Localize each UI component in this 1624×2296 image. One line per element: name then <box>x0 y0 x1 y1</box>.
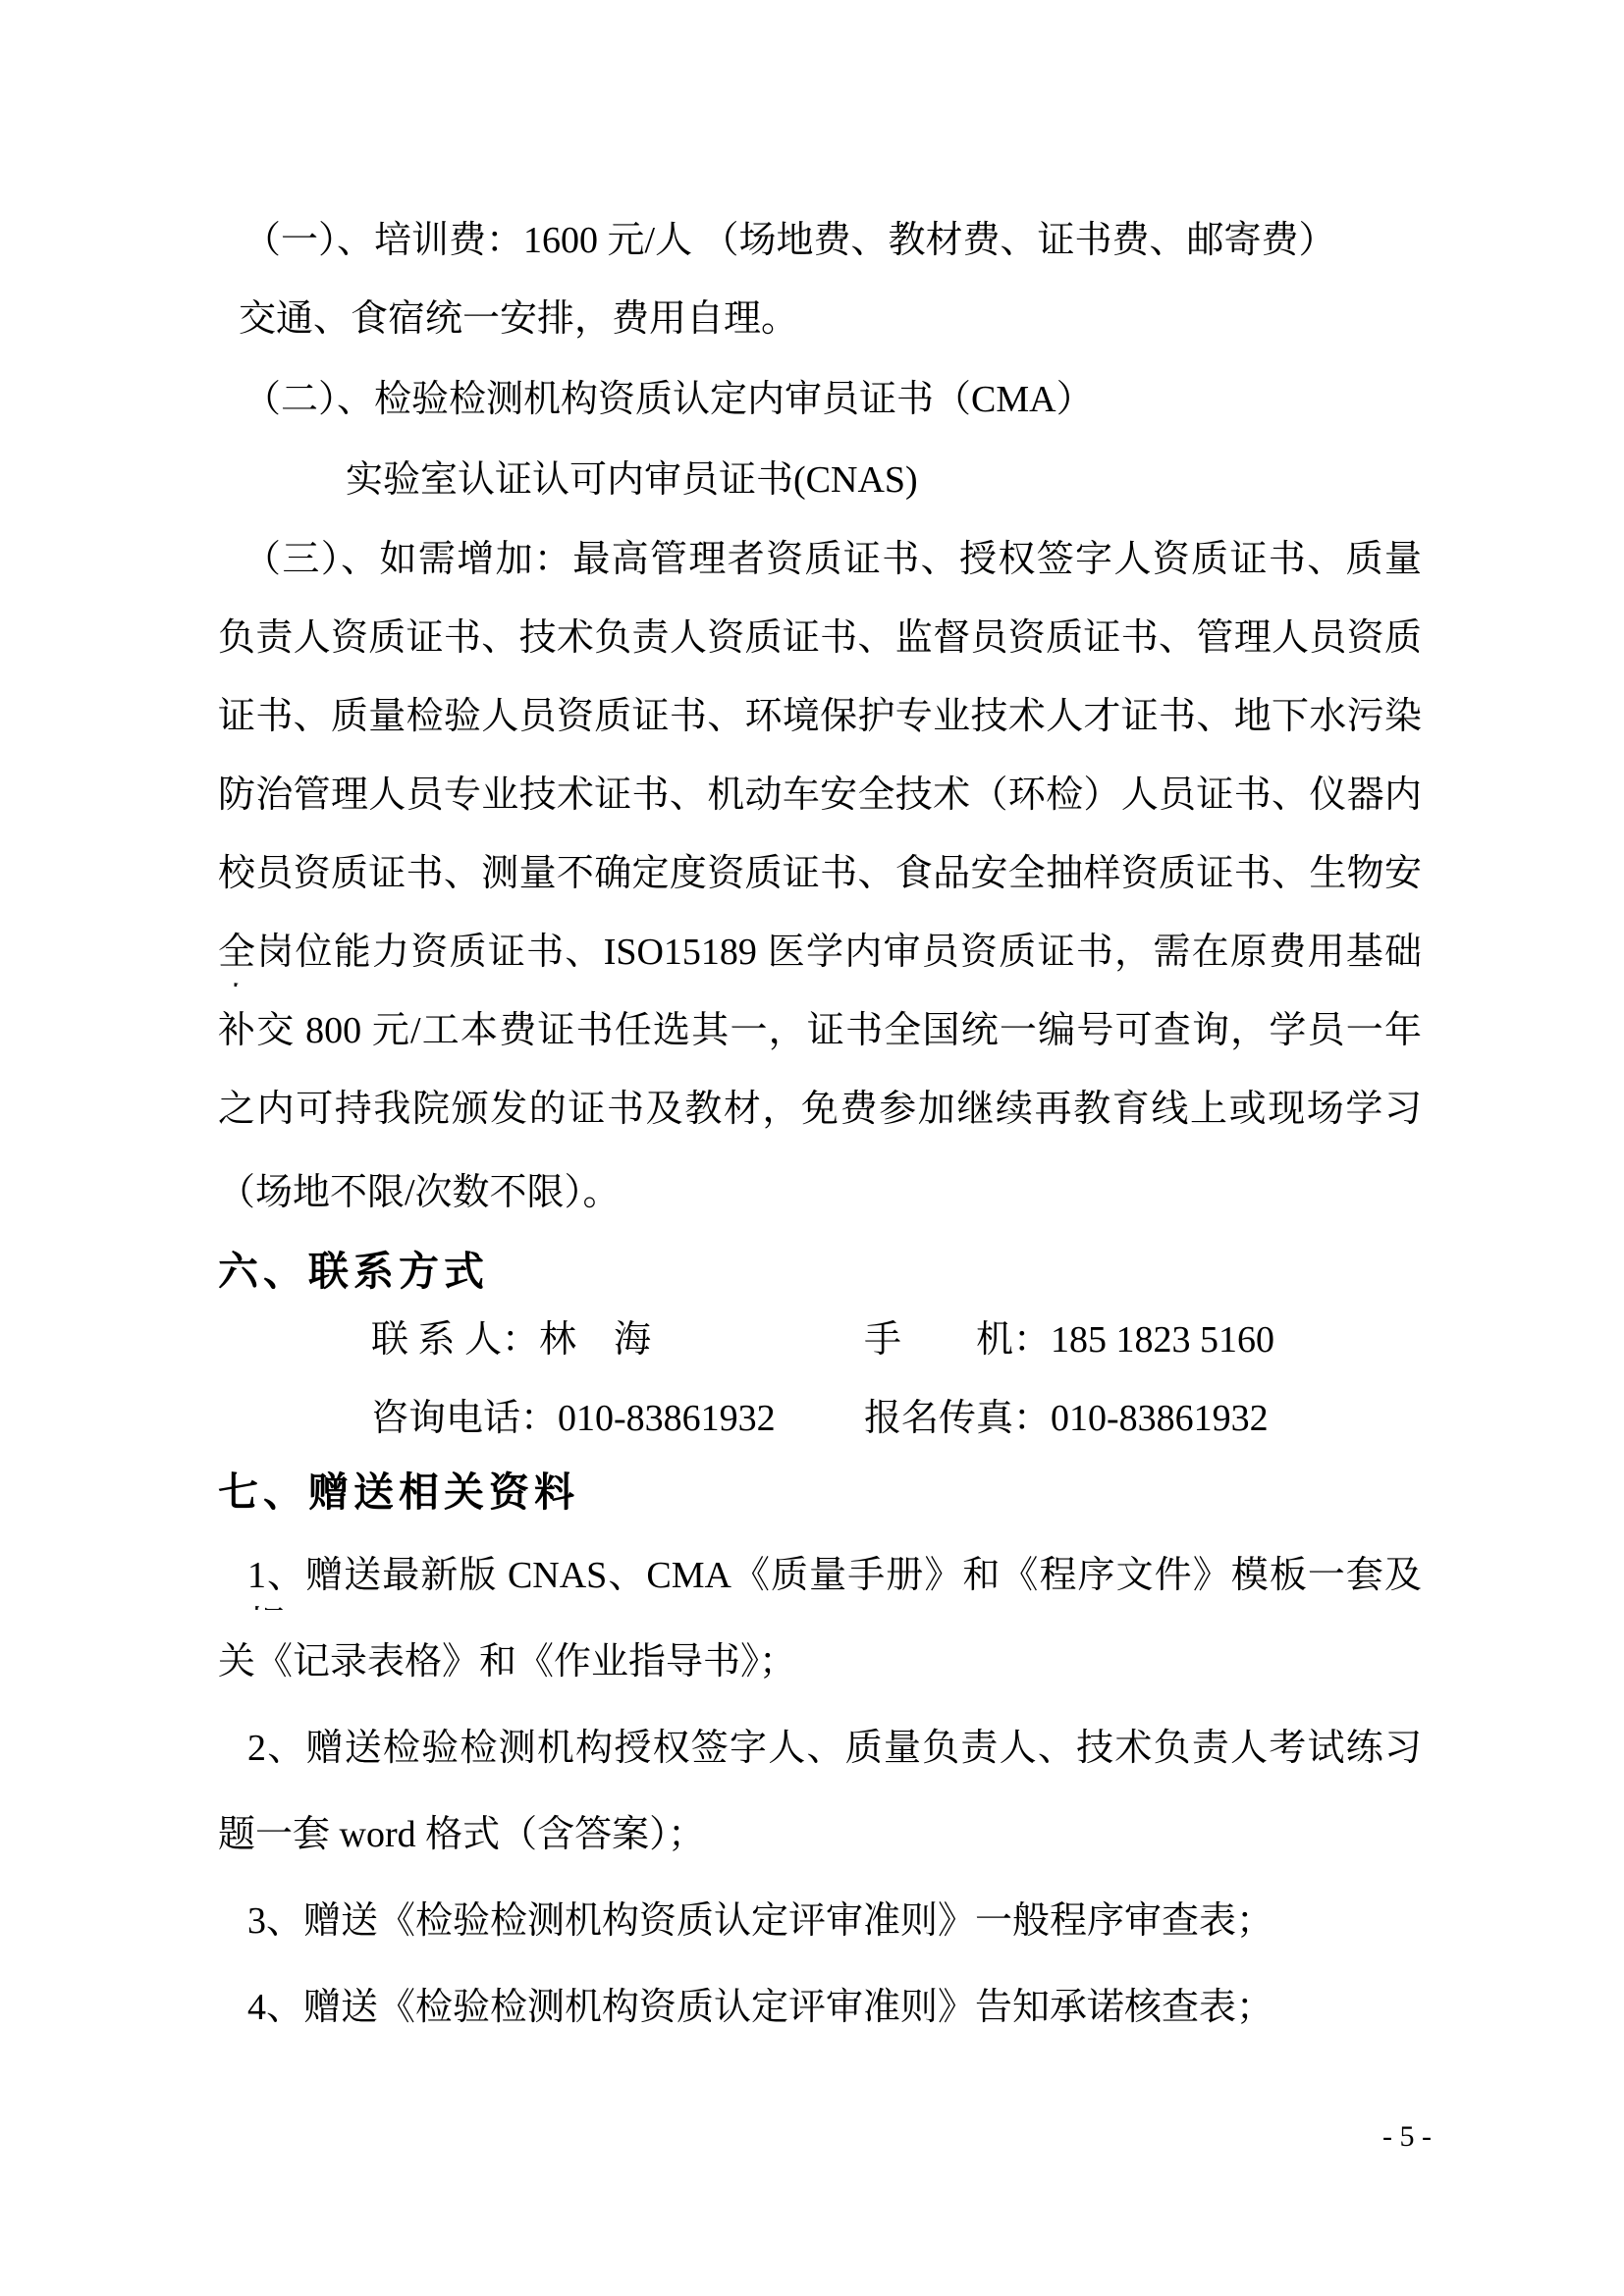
gift-line-1: 1、赠送最新版 CNAS、CMA《质量手册》和《程序文件》模板一套及相 <box>247 1551 1422 1610</box>
fee-line-7: 证书、质量检验人员资质证书、环境保护专业技术人才证书、地下水污染 <box>218 692 1422 742</box>
fee-line-2: 交通、食宿统一安排，费用自理。 <box>239 294 798 345</box>
gift-line-3: 2、赠送检验检测机构授权签字人、质量负责人、技术负责人考试练习 <box>247 1724 1422 1774</box>
fee-line-9: 校员资质证书、测量不确定度资质证书、食品安全抽样资质证书、生物安 <box>218 849 1422 899</box>
document-page: （一）、培训费：1600 元/人 （场地费、教材费、证书费、邮寄费） 交通、食宿… <box>0 0 1624 2296</box>
gift-line-5: 3、赠送《检验检测机构资质认定评审准则》一般程序审查表； <box>247 1896 1273 1947</box>
contact-section-heading: 六、联系方式 <box>218 1245 489 1299</box>
gift-line-4: 题一套 word 格式（含答案）； <box>218 1810 705 1860</box>
fee-line-1: （一）、培训费：1600 元/人 （场地费、教材费、证书费、邮寄费） <box>244 216 1336 266</box>
gifts-section-heading: 七、赠送相关资料 <box>218 1466 579 1520</box>
gift-line-6: 4、赠送《检验检测机构资质认定评审准则》告知承诺核查表； <box>247 1983 1273 2033</box>
fee-line-10: 全岗位能力资质证书、ISO15189 医学内审员资质证书，需在原费用基础上 <box>218 928 1422 987</box>
fee-line-12: 之内可持我院颁发的证书及教材，免费参加继续再教育线上或现场学习 <box>218 1085 1422 1135</box>
fee-line-3: （二）、检验检测机构资质认定内审员证书（CMA） <box>244 375 1094 425</box>
fee-line-6: 负责人资质证书、技术负责人资质证书、监督员资质证书、管理人员资质 <box>218 614 1422 664</box>
fee-line-8: 防治管理人员专业技术证书、机动车安全技术（环检）人员证书、仪器内 <box>218 771 1422 821</box>
fee-line-4: 实验室认证认可内审员证书(CNAS) <box>346 455 918 506</box>
gift-line-2: 关《记录表格》和《作业指导书》； <box>218 1637 796 1687</box>
contact-phone: 咨询电话：010-83861932 <box>371 1394 776 1444</box>
page-number: - 5 - <box>1382 2120 1432 2154</box>
fee-line-11: 补交 800 元/工本费证书任选其一，证书全国统一编号可查询，学员一年 <box>218 1006 1422 1056</box>
contact-person: 联 系 人：林 海 <box>371 1315 651 1365</box>
contact-mobile: 手 机：185 1823 5160 <box>864 1315 1274 1365</box>
fee-line-13: （场地不限/次数不限）。 <box>218 1168 621 1218</box>
contact-fax: 报名传真：010-83861932 <box>864 1394 1269 1444</box>
fee-line-5: （三）、如需增加：最高管理者资质证书、授权签字人资质证书、质量 <box>244 535 1422 585</box>
